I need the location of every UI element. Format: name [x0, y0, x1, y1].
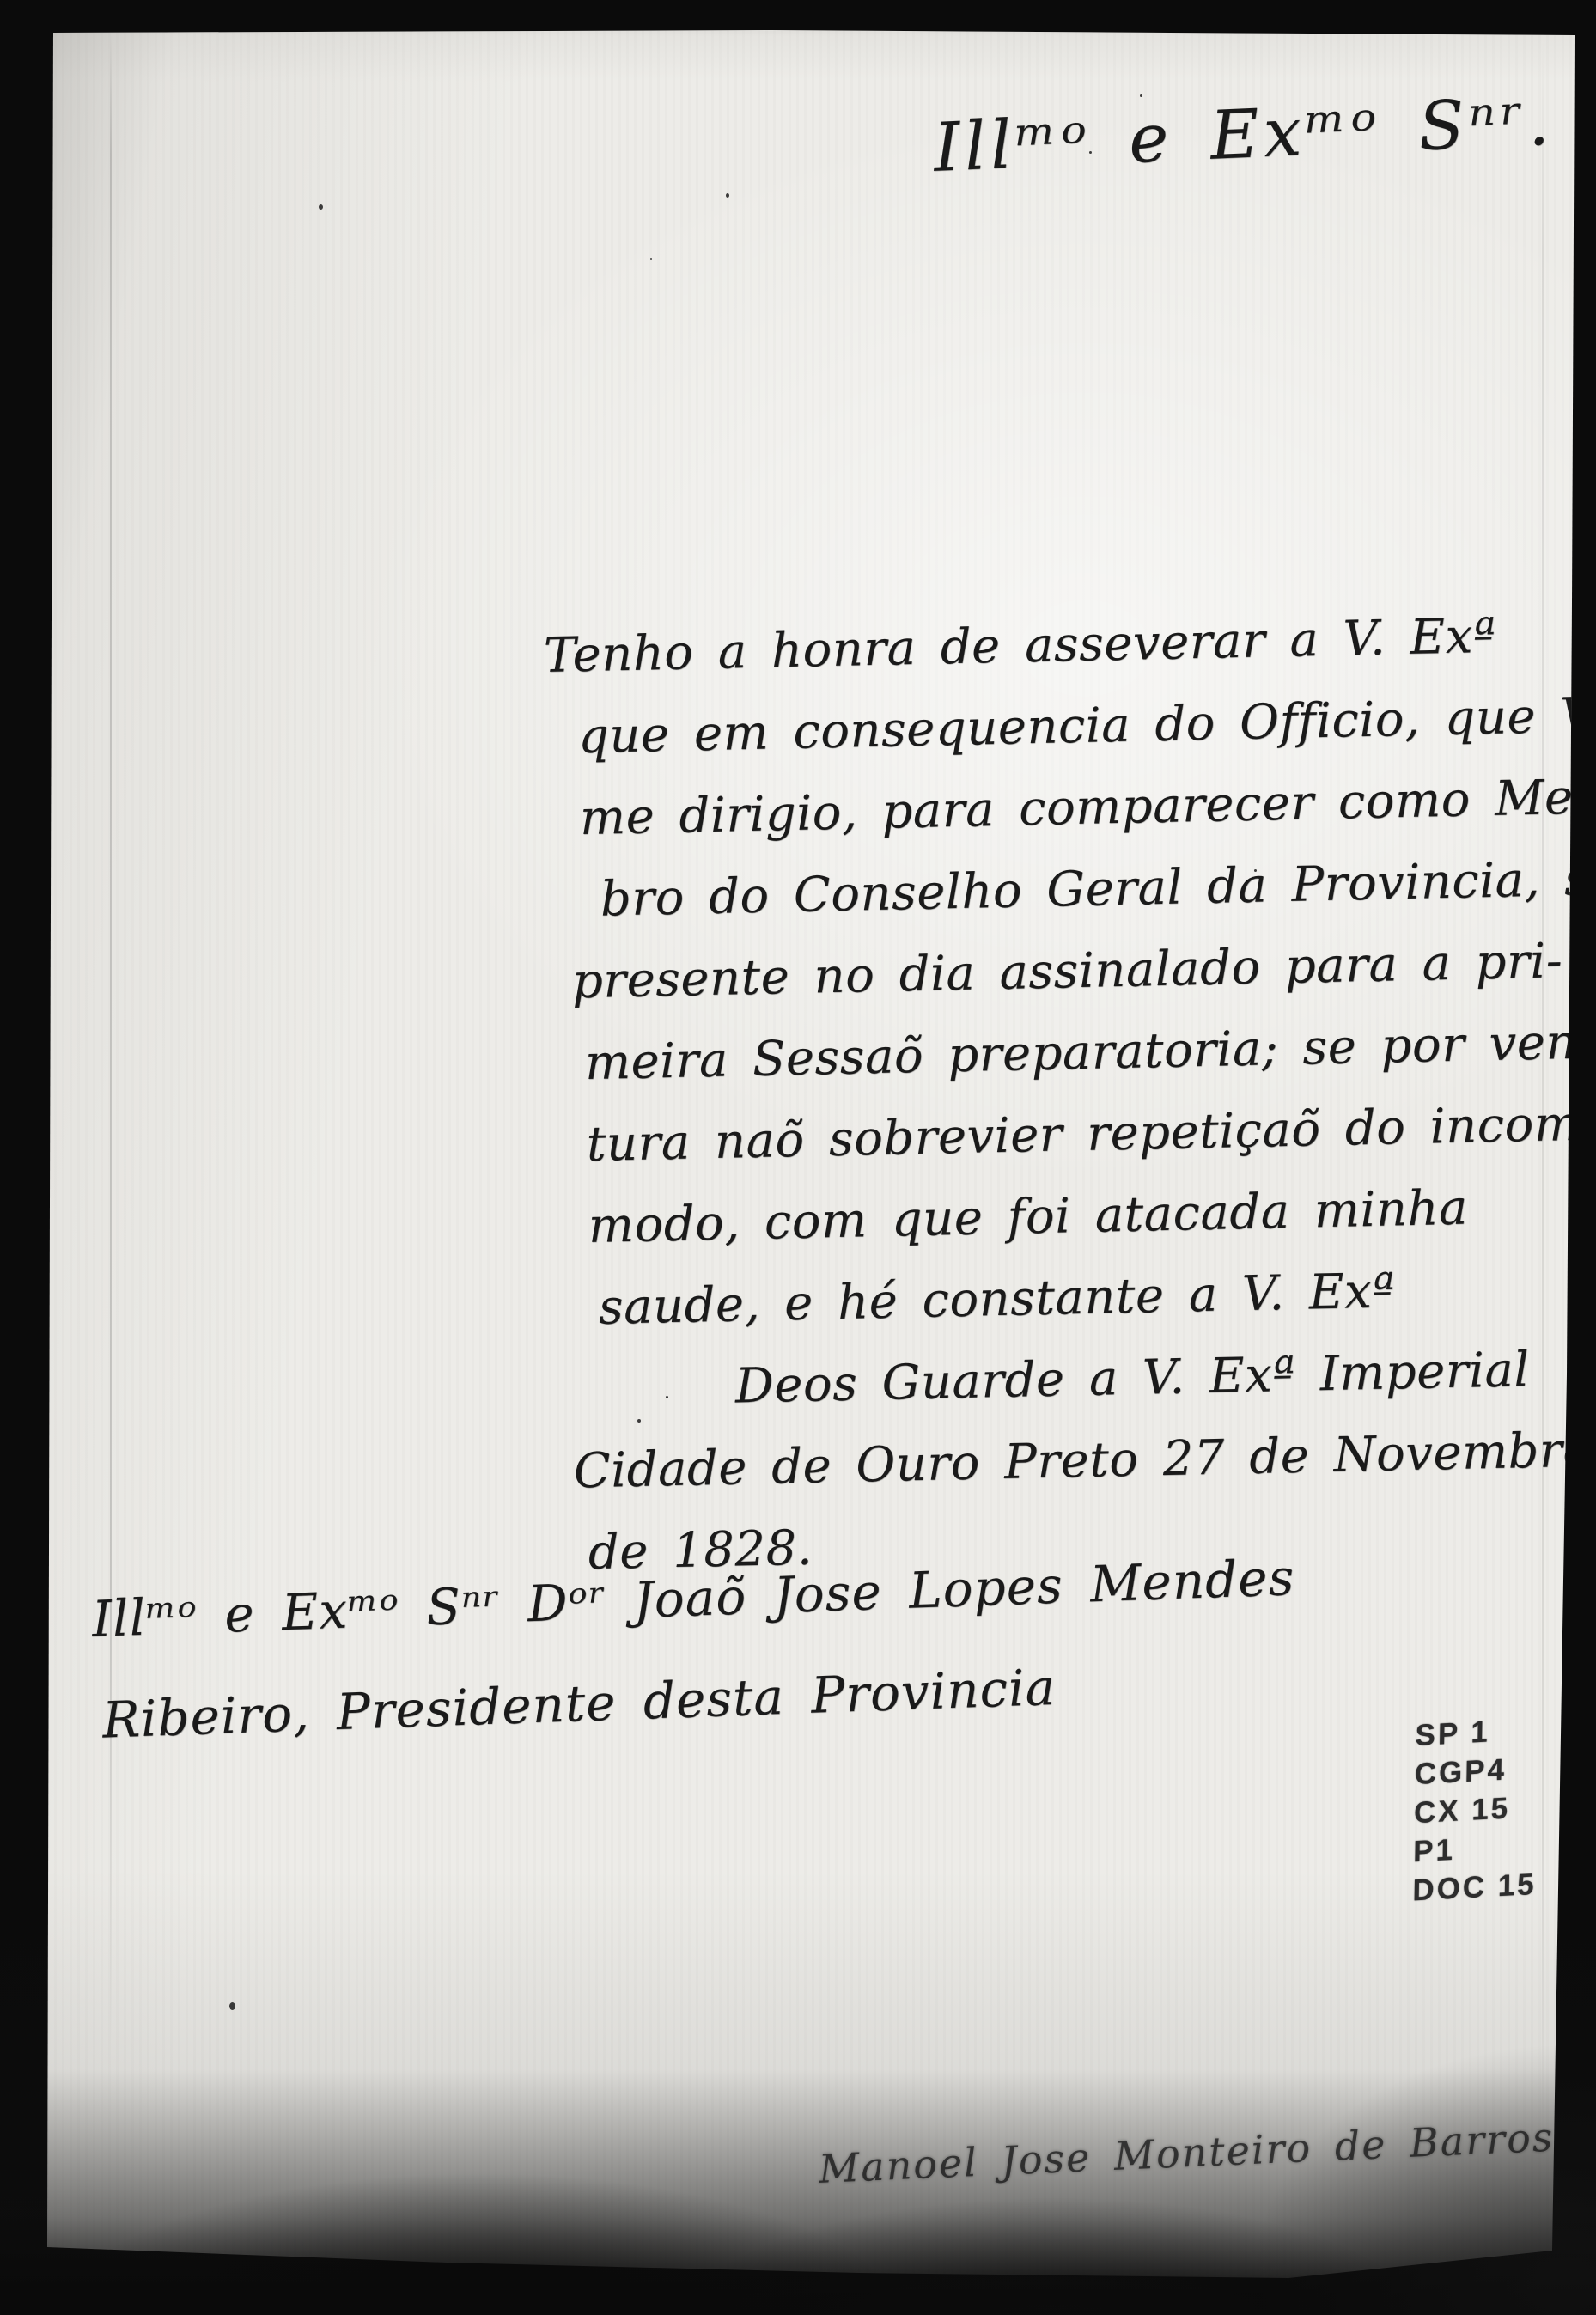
archive-mark: P1: [1413, 1826, 1538, 1872]
ink-speck: [650, 258, 652, 260]
ink-speck: [726, 193, 729, 198]
archive-mark: CX 15: [1414, 1788, 1538, 1833]
salutation-line: Illᵐᵒ e Exᵐᵒ Sⁿʳ.: [932, 83, 1555, 187]
archive-mark: CGP4: [1414, 1749, 1538, 1794]
letter-body: Tenho a honra de asseverar a V. Exª que …: [543, 591, 1596, 1594]
addressee-block: Illᵐᵒ e Exᵐᵒ Sⁿʳ Dᵒʳ Joaõ Jose Lopes Men…: [90, 1526, 1300, 1771]
ink-speck: [1140, 94, 1142, 97]
ink-speck: [229, 2002, 235, 2010]
document-page: Illᵐᵒ e Exᵐᵒ Sⁿʳ. Tenho a honra de assev…: [0, 0, 1596, 2315]
archive-mark: SP 1: [1415, 1709, 1539, 1755]
archive-mark: DOC 15: [1412, 1865, 1537, 1910]
archive-reference: SP 1 CGP4 CX 15 P1 DOC 15: [1412, 1709, 1539, 1910]
signature: Manoel Jose Monteiro de Barros: [818, 2114, 1555, 2192]
scan-background: { "colors": { "background": "#0b0b0b", "…: [0, 0, 1596, 2315]
ink-speck: [319, 204, 323, 210]
